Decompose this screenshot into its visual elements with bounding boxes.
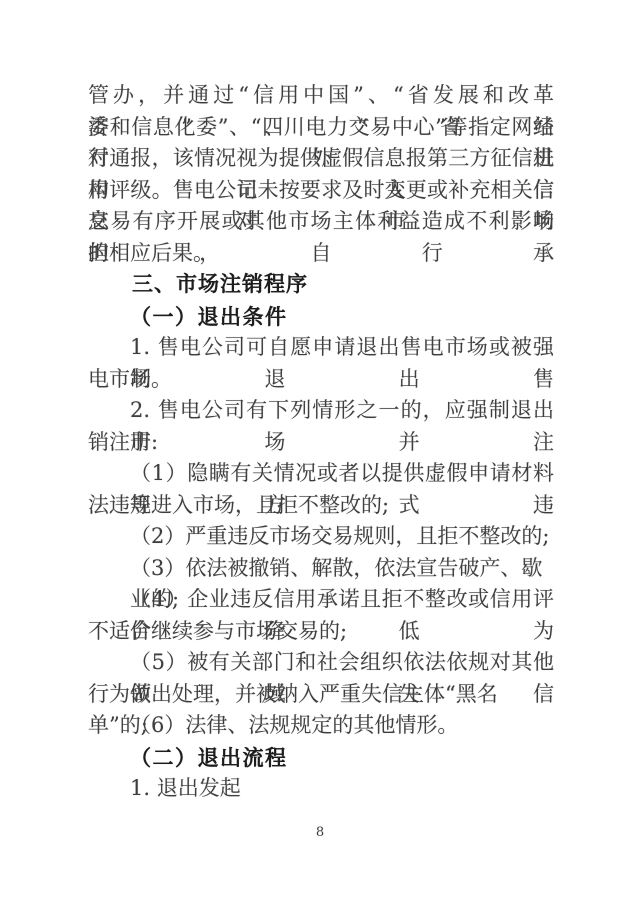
body-text: 管办，并通过“信用中国”、“省发展和改革委”、“省经 济和信息化委”、“四川电力…	[88, 80, 554, 805]
document-page: 管办，并通过“信用中国”、“省发展和改革委”、“省经 济和信息化委”、“四川电力…	[0, 0, 640, 905]
text-line: （6）法律、法规规定的其他情形。	[88, 710, 554, 742]
text-line: 行通报，该情况视为提供虚假信息报第三方征信机构记入信	[88, 143, 554, 175]
page-number: 8	[0, 825, 640, 840]
text-line: 1. 退出发起	[88, 773, 554, 805]
text-line: （3）依法被撤销、解散，依法宣告破产、歇业的;	[88, 553, 554, 585]
text-line: 行为做出处理，并被纳入严重失信主体“黑名单”的;	[88, 679, 554, 711]
text-line: 用评级。售电公司未按要求及时变更或补充相关信息对市场	[88, 175, 554, 207]
subsection-heading-exit-process: （二）退出流程	[88, 742, 554, 774]
text-line: （1）隐瞒有关情况或者以提供虚假申请材料等方式违	[88, 458, 554, 490]
subsection-heading-exit-conditions: （一）退出条件	[88, 301, 554, 333]
text-line: 2. 售电公司有下列情形之一的，应强制退出市场并注	[88, 395, 554, 427]
text-line: （4）企业违反信用承诺且拒不整改或信用评价降低为	[88, 584, 554, 616]
text-line: 1. 售电公司可自愿申请退出售电市场或被强制退出售	[88, 332, 554, 364]
section-heading-market-cancellation: 三、市场注销程序	[88, 269, 554, 301]
text-line: （5）被有关部门和社会组织依法依规对其他领域失信	[88, 647, 554, 679]
text-line: （2）严重违反市场交易规则，且拒不整改的;	[88, 521, 554, 553]
text-line: 济和信息化委”、“四川电力交易中心”等指定网站对外进	[88, 112, 554, 144]
text-line: 管办，并通过“信用中国”、“省发展和改革委”、“省经	[88, 80, 554, 112]
text-line: 交易有序开展或其他市场主体利益造成不利影响的，自行承	[88, 206, 554, 238]
